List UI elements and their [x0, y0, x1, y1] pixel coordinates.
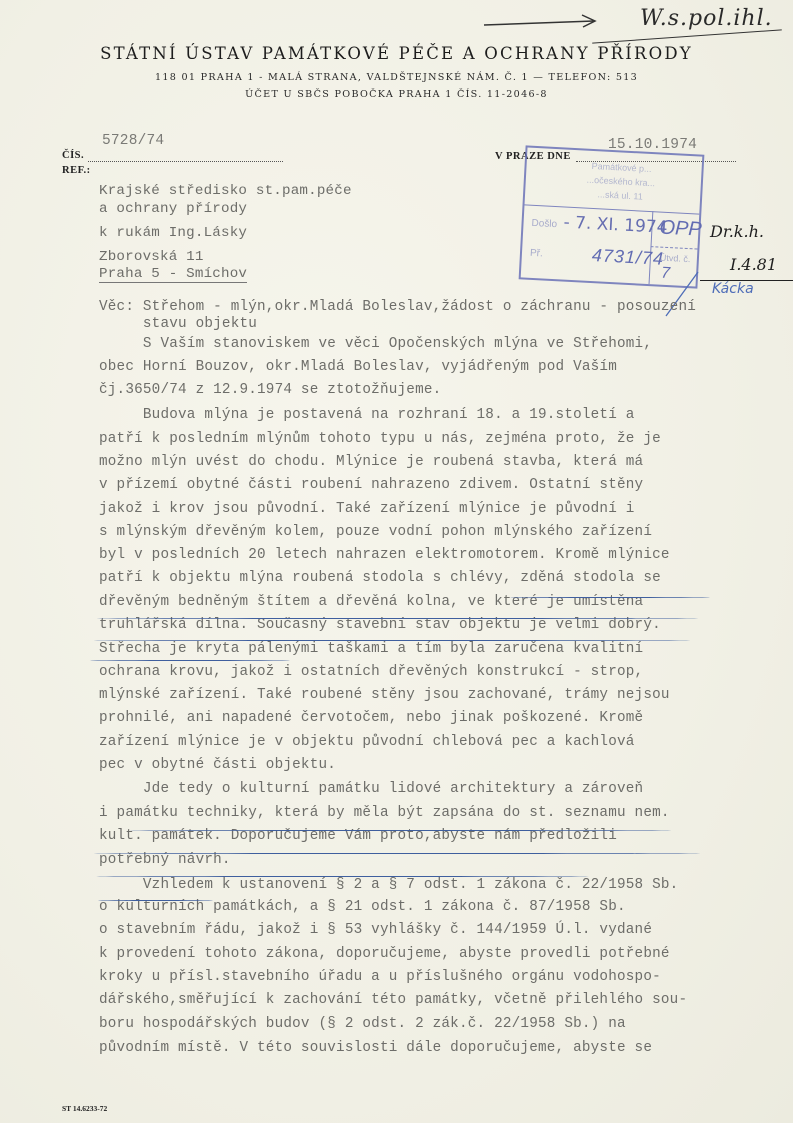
body-line: S Vaším stanoviskem ve věci Opočenských …	[99, 336, 652, 352]
body-line: Jde tedy o kulturní památku lidové archi…	[99, 781, 643, 797]
body-line: ochrana krovu, jakož i ostatních dřevěný…	[99, 664, 643, 680]
stamp-office-label: Útvd. č.	[660, 253, 691, 265]
pen-underline	[98, 900, 213, 901]
body-line: v přízemí obytné části roubení nahrazeno…	[99, 477, 643, 493]
body-line: Střecha je kryta pálenými taškami a tím …	[99, 641, 643, 657]
ref-label: REF.:	[62, 165, 91, 176]
subject-line-1: Věc: Střehom - mlýn,okr.Mladá Boleslav,ž…	[99, 299, 696, 315]
pen-underline	[95, 876, 590, 877]
reference-number: 5728/74	[102, 133, 164, 149]
letterhead-account: ÚČET U SBČS POBOČKA PRAHA 1 ČÍS. 11-2046…	[0, 89, 793, 100]
pen-underline	[510, 597, 710, 598]
body-line: boru hospodářských budov (§ 2 odst. 2 zá…	[99, 1016, 626, 1032]
recipient-line-2: a ochrany přírody	[99, 201, 247, 217]
body-line: původním místě. V této souvislosti dále …	[99, 1040, 652, 1056]
stamp-number-label: Př.	[530, 248, 543, 260]
subject-line-2: stavu objektu	[99, 316, 257, 332]
arrow-icon	[482, 14, 602, 28]
cis-label: ČÍS.	[62, 150, 84, 161]
handwritten-routing-note: W.s.pol.ihl.	[640, 6, 773, 31]
recipient-line-4: Zborovská 11	[99, 249, 204, 265]
handwritten-underline	[592, 29, 782, 43]
letterhead-address: 118 01 PRAHA 1 - MALÁ STRANA, VALDŠTEJNS…	[0, 72, 793, 83]
margin-note-1: Dr.k.h.	[710, 222, 764, 241]
body-line: čj.3650/74 z 12.9.1974 se ztotožňujeme.	[99, 382, 441, 398]
pen-underline	[92, 640, 692, 641]
letterhead-institution: STÁTNÍ ÚSTAV PAMÁTKOVÉ PÉČE A OCHRANY PŘ…	[0, 44, 793, 63]
body-line: patří k objektu mlýna roubená stodola s …	[99, 570, 661, 586]
recipient-line-3: k rukám Ing.Lásky	[99, 225, 247, 241]
form-code: ST 14.6233-72	[62, 1104, 107, 1113]
pen-underline	[90, 660, 290, 661]
body-line: i památku techniky, která by měla být za…	[99, 805, 670, 821]
stamp-received-date: - 7. XI. 1974	[563, 213, 668, 238]
body-line: potřebný návrh.	[99, 852, 231, 868]
body-line: byl v posledních 20 letech nahrazen elek…	[99, 547, 670, 563]
body-line: možno mlýn uvést do chodu. Mlýnice je ro…	[99, 454, 643, 470]
letter-page: W.s.pol.ihl. STÁTNÍ ÚSTAV PAMÁTKOVÉ PÉČE…	[0, 0, 793, 1123]
body-line: jakož i krov jsou původní. Také zařízení…	[99, 501, 635, 517]
body-line: zařízení mlýnice je v objektu původní ch…	[99, 734, 635, 750]
stamp-department: OPP	[659, 217, 702, 242]
body-line: pec v obytné části objektu.	[99, 757, 336, 773]
recipient-line-1: Krajské středisko st.pam.péče	[99, 183, 352, 199]
body-line: dářského,směřující k zachování této pamá…	[99, 992, 687, 1008]
body-line: Vzhledem k ustanovení § 2 a § 7 odst. 1 …	[99, 877, 678, 893]
body-line: o stavebním řádu, jakož i § 53 vyhlášky …	[99, 922, 652, 938]
body-line: kroky u přísl.stavebního úřadu a u přísl…	[99, 969, 661, 985]
received-stamp: Památkové p... ...očeského kra... ...ská…	[519, 145, 705, 288]
body-line: k provedení tohoto zákona, doporučujeme,…	[99, 946, 670, 962]
pen-underline	[128, 830, 673, 831]
recipient-line-5: Praha 5 - Smíchov	[99, 266, 247, 283]
body-line: obec Horní Bouzov, okr.Mladá Boleslav, v…	[99, 359, 617, 375]
body-line: prohnilé, ani napadené červotočem, nebo …	[99, 710, 643, 726]
pen-underline	[92, 853, 702, 854]
stamp-received-label: Došlo	[531, 218, 557, 230]
body-line: mlýnské zařízení. Také roubené stěny jso…	[99, 687, 670, 703]
body-line: Budova mlýna je postavená na rozhraní 18…	[99, 407, 635, 423]
body-line: o kulturních památkách, a § 21 odst. 1 z…	[99, 899, 626, 915]
stamp-number: 4731/74	[591, 245, 664, 270]
margin-note-blue: Kácka	[712, 281, 754, 297]
stamp-header: Památkové p... ...očeského kra... ...ská…	[565, 158, 677, 206]
cis-dotted-line	[88, 161, 283, 162]
body-line: patří k posledním mlýnům tohoto typu u n…	[99, 431, 661, 447]
margin-note-2: I.4.81	[730, 255, 777, 274]
body-line: s mlýnským dřevěným kolem, pouze vodní p…	[99, 524, 652, 540]
body-line: truhlářská dílna. Současný stavební stav…	[99, 617, 661, 633]
pen-underline	[95, 618, 700, 619]
